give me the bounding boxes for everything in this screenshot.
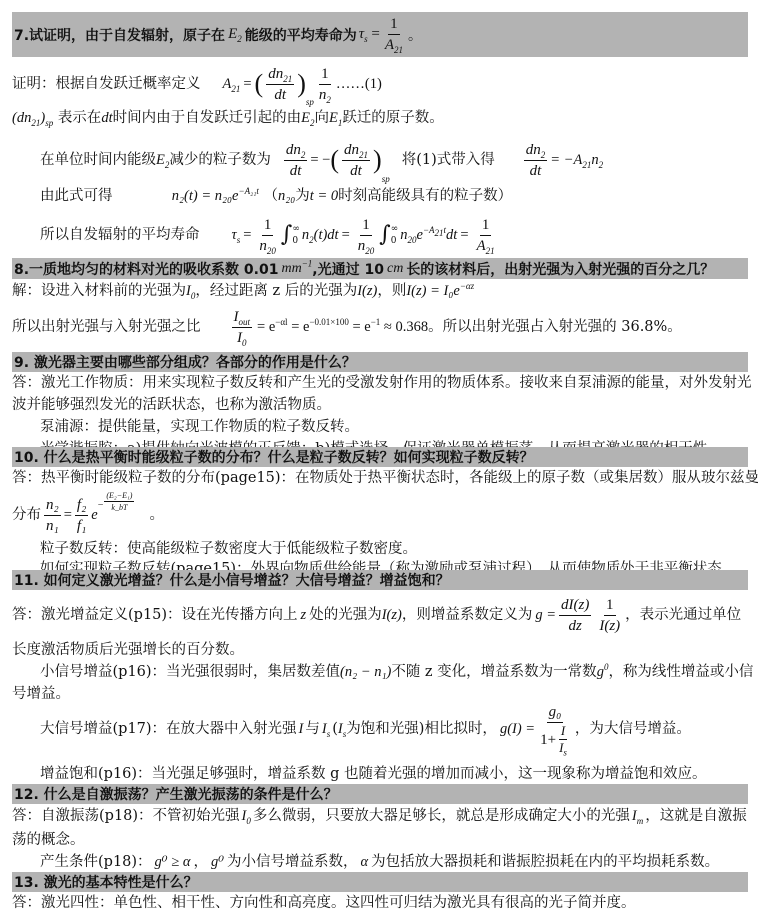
q7-line-2: (dn21)sp 表示在dt时间内由于自发跃迁引起的由E2向E1跃迁的原子数。 [12,108,444,128]
q7-line-4: 由此式可得 n₂(t) = n₂₀e−A₂₁t （n₂₀为t = 0时刻高能级具… [40,186,512,206]
question-13-header: 13. 激光的基本特性是什么？ [12,872,748,892]
question-10-header: 10. 什么是热平衡时能级粒子数的分布？什么是粒子数反转？如何实现粒子数反转？ [12,447,748,467]
q7-line-5: 所以自发辐射的平均寿命 τs= 1n20 ∫∞0 n2(t)dt= 1n20 ∫… [40,212,500,258]
q9-answer-1: 答：激光工作物质：用来实现粒子数反转和产生光的受激发射作用的物质体系。接收来自泵… [12,373,752,393]
q13-answer-1: 答：激光四性：单色性、相干性、方向性和高亮度。这四性可归结为激光具有很高的光子简… [12,893,636,913]
q12-answer-1: 答：自激振荡(p18)：不管初始光强I0多么微弱，只要放大器足够长，就总是形成确… [12,806,747,826]
q11-answer-6: 增益饱和(p16)：当光强足够强时，增益系数 g 也随着光强的增加而减小，这一现… [40,764,707,784]
q7-proof-line: 证明：根据自发跃迁概率定义 A21 = ( dn21dt )sp 1n2 ……(… [12,62,382,106]
q10-answer-1: 答：热平衡时能级粒子数的分布(page15)：在物质处于热平衡状态时，各能级上的… [12,468,758,488]
q11-answer-2: 长度激活物质后光强增长的百分数。 [12,640,244,660]
q7-title-tau: τs = [359,26,380,43]
q11-answer-5: 大信号增益(p17)：在放大器中入射光强I与Is(Is为饱和光强)相比拟时， g… [40,700,691,758]
q10-answer-3: 粒子数反转：使高能级粒子数密度大于低能级粒子数密度。 [40,539,417,559]
q7-line-3: 在单位时间内能级E2减少的粒子数为 dn2dt = − (dn21dt)sp 将… [40,137,603,183]
q11-answer-1: 答：激光增益定义(p15)：设在光传播方向上z处的光强为I(z)，则增益系数定义… [12,592,741,638]
q12-answer-2: 荡的概念。 [12,830,85,850]
q8-ratio-line: 所以出射光强与入射光强之比 IoutI0 = e−αl = e−0.01×100… [12,304,682,350]
q10-distribution-line: 分布 n₂n₁ = f₂f₁ e − (E₂−E₁)k_bT 。 [12,490,164,540]
question-9-header: 9. 激光器主要由哪些部分组成？各部分的作用是什么？ [12,352,748,372]
question-11-header: 11. 如何定义激光增益？什么是小信号增益？大信号增益？增益饱和？ [12,570,748,590]
q9-answer-2: 波并能够强烈发光的活跃状态，也称为激活物质。 [12,395,331,415]
q7-title-mid: 能级的平均寿命为 [245,25,357,45]
q12-answer-3: 产生条件(p18)：g⁰ ≥ α，g⁰为小信号增益系数，α为包括放大器损耗和谐振… [40,852,719,872]
question-8-header: 8.一质地均匀的材料对光的吸收系数 0.01 mm−1 ,光通过 10 cm 长… [12,258,748,279]
question-7-header: 7.试证明，由于自发辐射，原子在 E2 能级的平均寿命为 τs = 1 A21 … [12,12,748,57]
q7-title-E2: E2 [228,26,242,43]
q7-title-fraction: 1 A21 [383,14,405,55]
q9-answer-3: 泵浦源：提供能量，实现工作物质的粒子数反转。 [40,417,359,437]
q8-solution-line: 解：设进入材料前的光强为I0，经过距离 z 后的光强为I(z)，则I(z) = … [12,281,474,301]
q7-title: 7.试证明，由于自发辐射，原子在 [14,25,225,45]
q11-answer-3: 小信号增益(p16)：当光强很弱时，集居数差值(n₂ − n₁)不随 z 变化，… [40,662,753,682]
question-12-header: 12. 什么是自激振荡？产生激光振荡的条件是什么？ [12,784,748,804]
